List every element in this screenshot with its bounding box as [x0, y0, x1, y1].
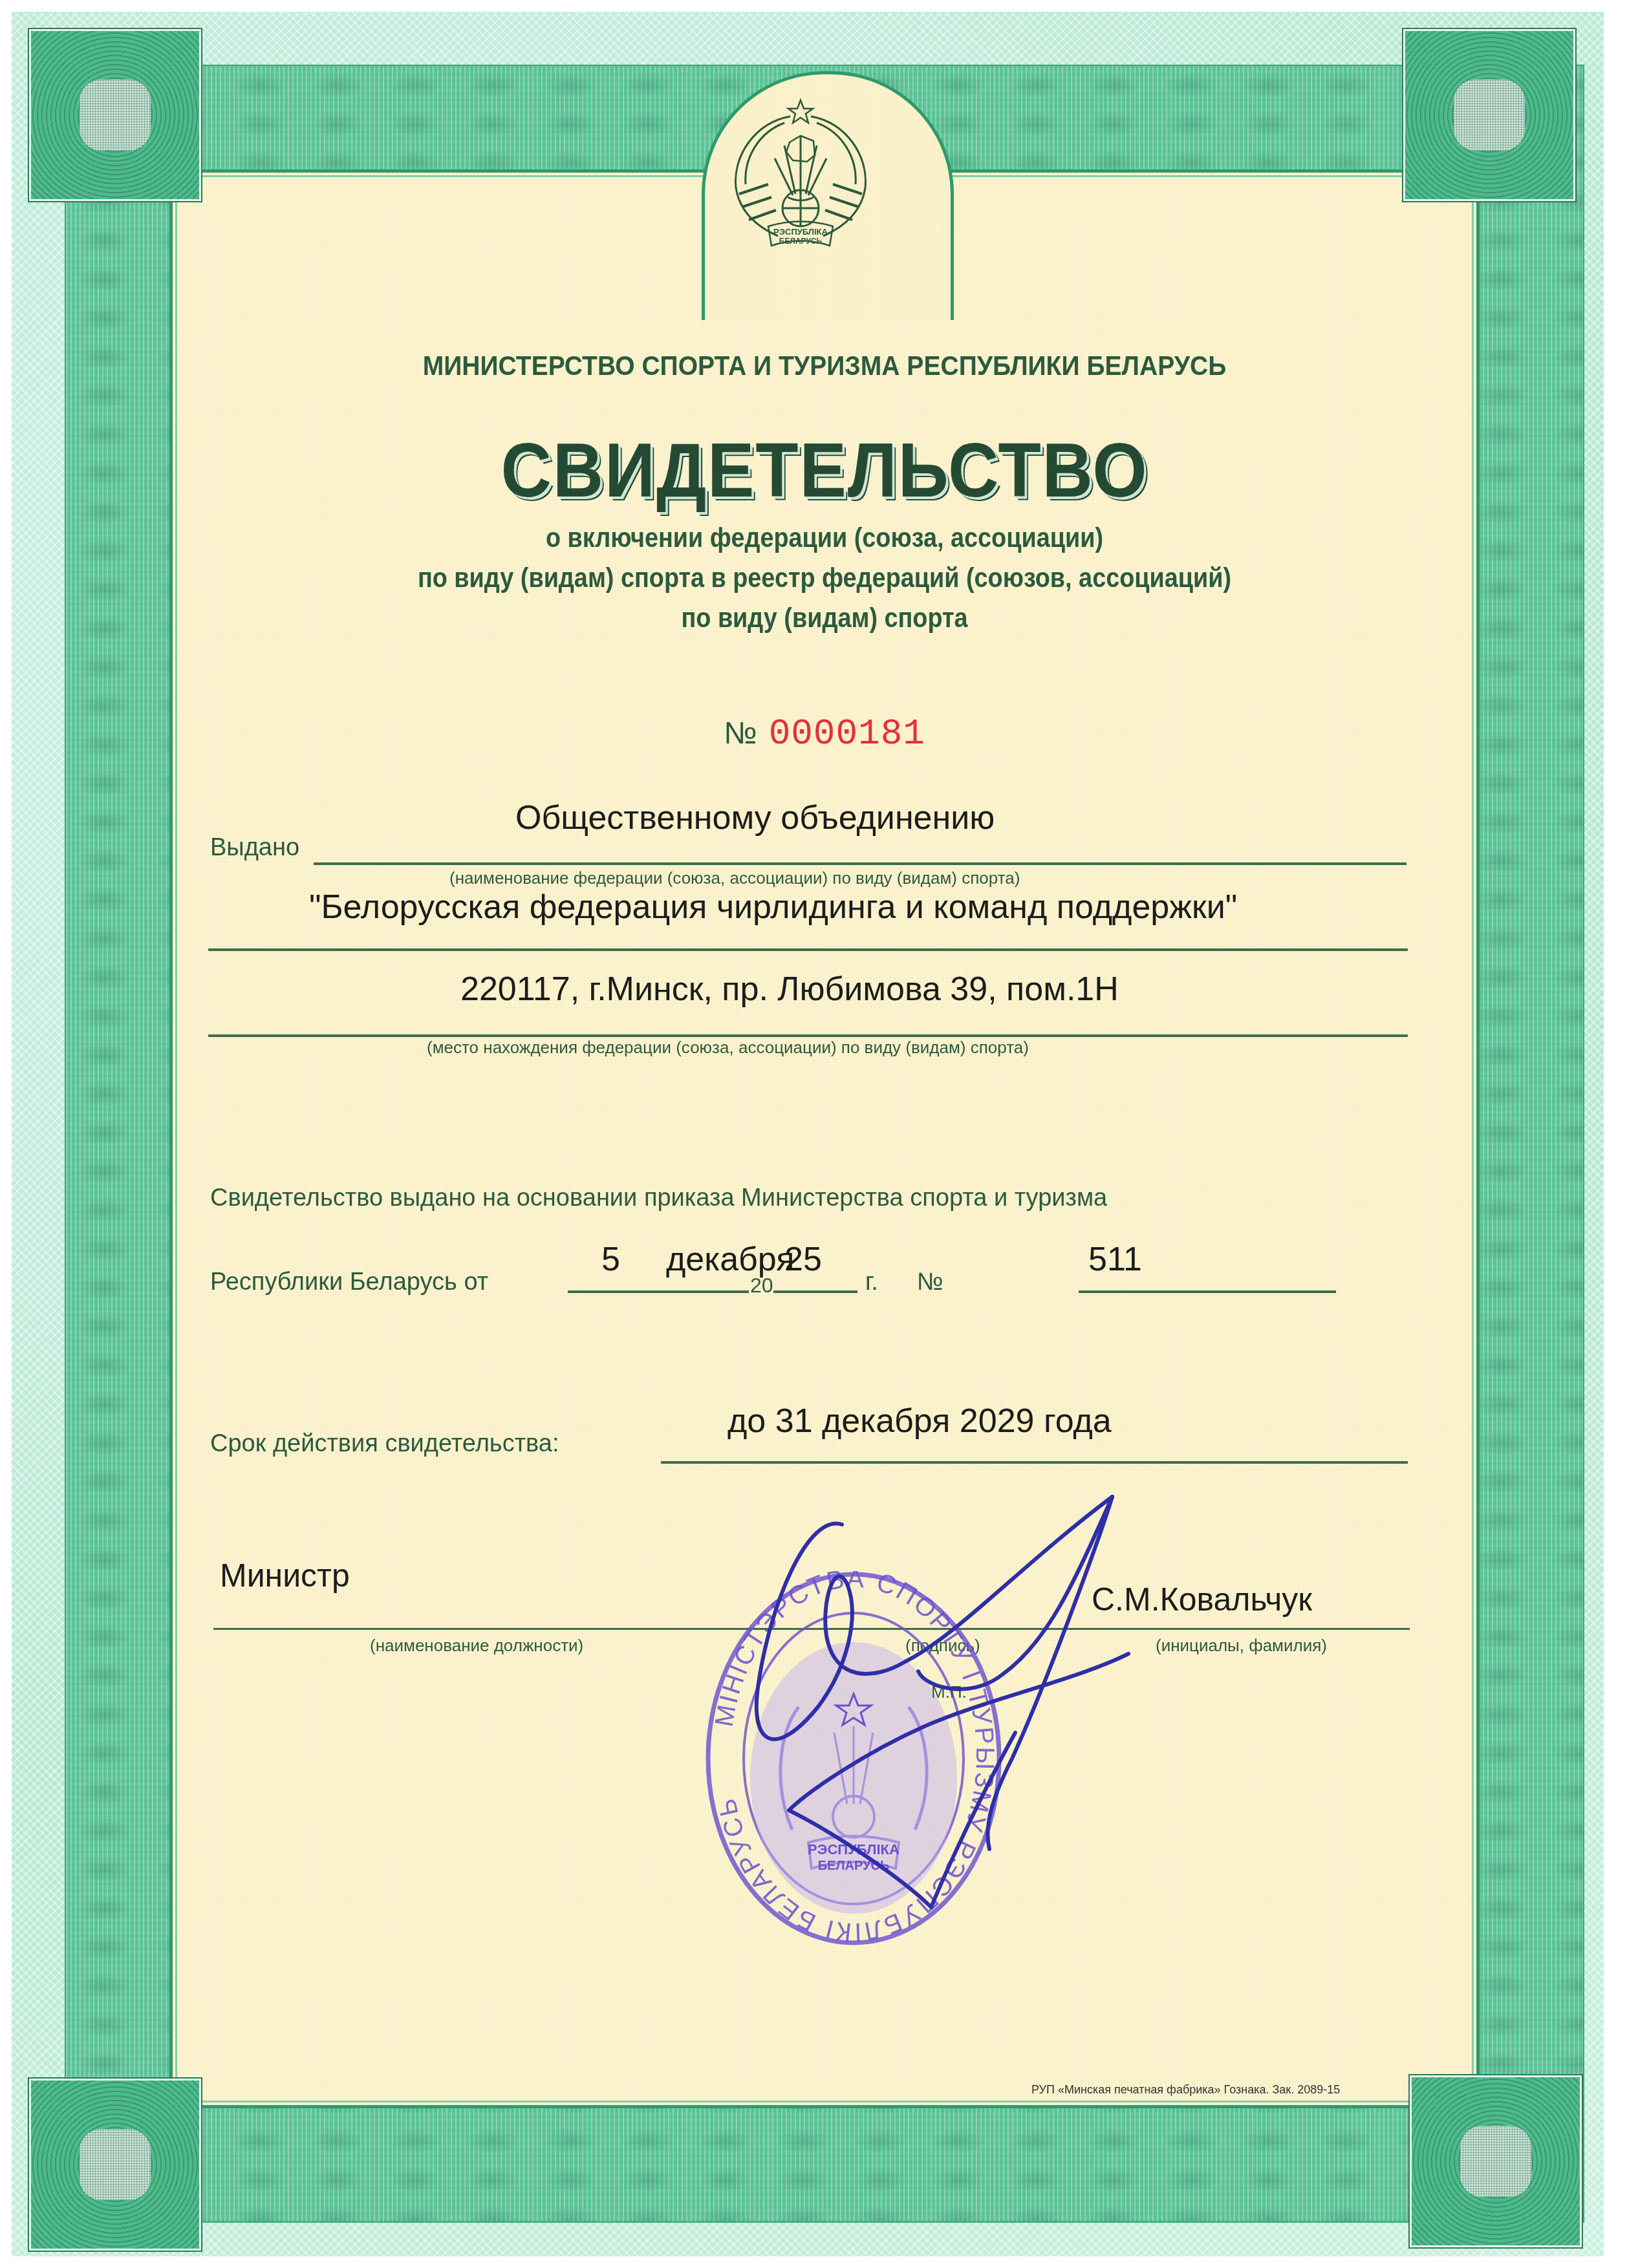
corner-rosette-top-right	[1403, 29, 1575, 201]
order-number-label: №	[917, 1268, 943, 1296]
order-year: 25	[784, 1240, 822, 1279]
number-sign: №	[724, 716, 757, 751]
position-hint: (наименование должности)	[370, 1636, 583, 1656]
order-year-underline	[773, 1290, 857, 1293]
federation-name-underline	[208, 948, 1408, 951]
order-month: декабря	[666, 1240, 794, 1279]
issued-to-line-1: Общественному объединению	[515, 798, 995, 837]
order-day: 5	[601, 1240, 620, 1279]
document-subtitle-line-3: по виду (видам) спорта	[83, 603, 1567, 634]
svg-text:БЕЛАРУСЬ: БЕЛАРУСЬ	[779, 237, 823, 246]
svg-text:РЭСПУБЛІКА: РЭСПУБЛІКА	[773, 227, 828, 237]
issued-to-label: Выдано	[210, 834, 299, 862]
issued-to-name-hint: (наименование федерации (союза, ассоциац…	[449, 868, 1020, 888]
address-hint: (место нахождения федерации (союза, ассо…	[427, 1038, 1029, 1058]
document-title: СВИДЕТЕЛЬСТВО	[66, 427, 1583, 515]
validity-label: Срок действия свидетельства:	[210, 1430, 559, 1458]
year-label: г.	[865, 1268, 878, 1296]
issued-to-underline	[314, 862, 1406, 865]
corner-rosette-bottom-left	[29, 2079, 201, 2251]
order-number: 511	[1088, 1240, 1142, 1279]
handwritten-signature	[711, 1487, 1455, 1940]
issuing-ministry: МИНИСТЕРСТВО СПОРТА И ТУРИЗМА РЕСПУБЛИКИ…	[58, 350, 1591, 381]
signatory-position: Министр	[220, 1557, 350, 1594]
state-emblem-icon: РЭСПУБЛІКА БЕЛАРУСЬ	[723, 97, 878, 259]
year-prefix: 20	[750, 1274, 773, 1298]
corner-rosette-top-left	[29, 29, 201, 201]
document-subtitle-line-2: по виду (видам) спорта в реестр федераци…	[83, 562, 1567, 594]
validity-value: до 31 декабря 2029 года	[727, 1402, 1112, 1440]
order-number-underline	[1079, 1290, 1336, 1293]
serial-number: 0000181	[769, 713, 925, 754]
basis-line-2-prefix: Республики Беларусь от	[210, 1268, 488, 1296]
document-subtitle-line-1: о включении федерации (союза, ассоциации…	[83, 522, 1567, 553]
validity-underline	[661, 1461, 1408, 1464]
certificate-number: №0000181	[0, 713, 1649, 754]
federation-name: "Белорусская федерация чирлидинга и кома…	[309, 888, 1237, 926]
basis-line-1: Свидетельство выдано на основании приказ…	[210, 1184, 1107, 1212]
order-date-underline	[568, 1290, 749, 1293]
federation-address: 220117, г.Минск, пр. Любимова 39, пом.1Н	[460, 970, 1119, 1009]
printer-imprint: РУП «Минская печатная фабрика» Гознака. …	[1031, 2083, 1340, 2097]
address-underline	[208, 1034, 1408, 1037]
corner-rosette-bottom-right	[1410, 2075, 1582, 2247]
